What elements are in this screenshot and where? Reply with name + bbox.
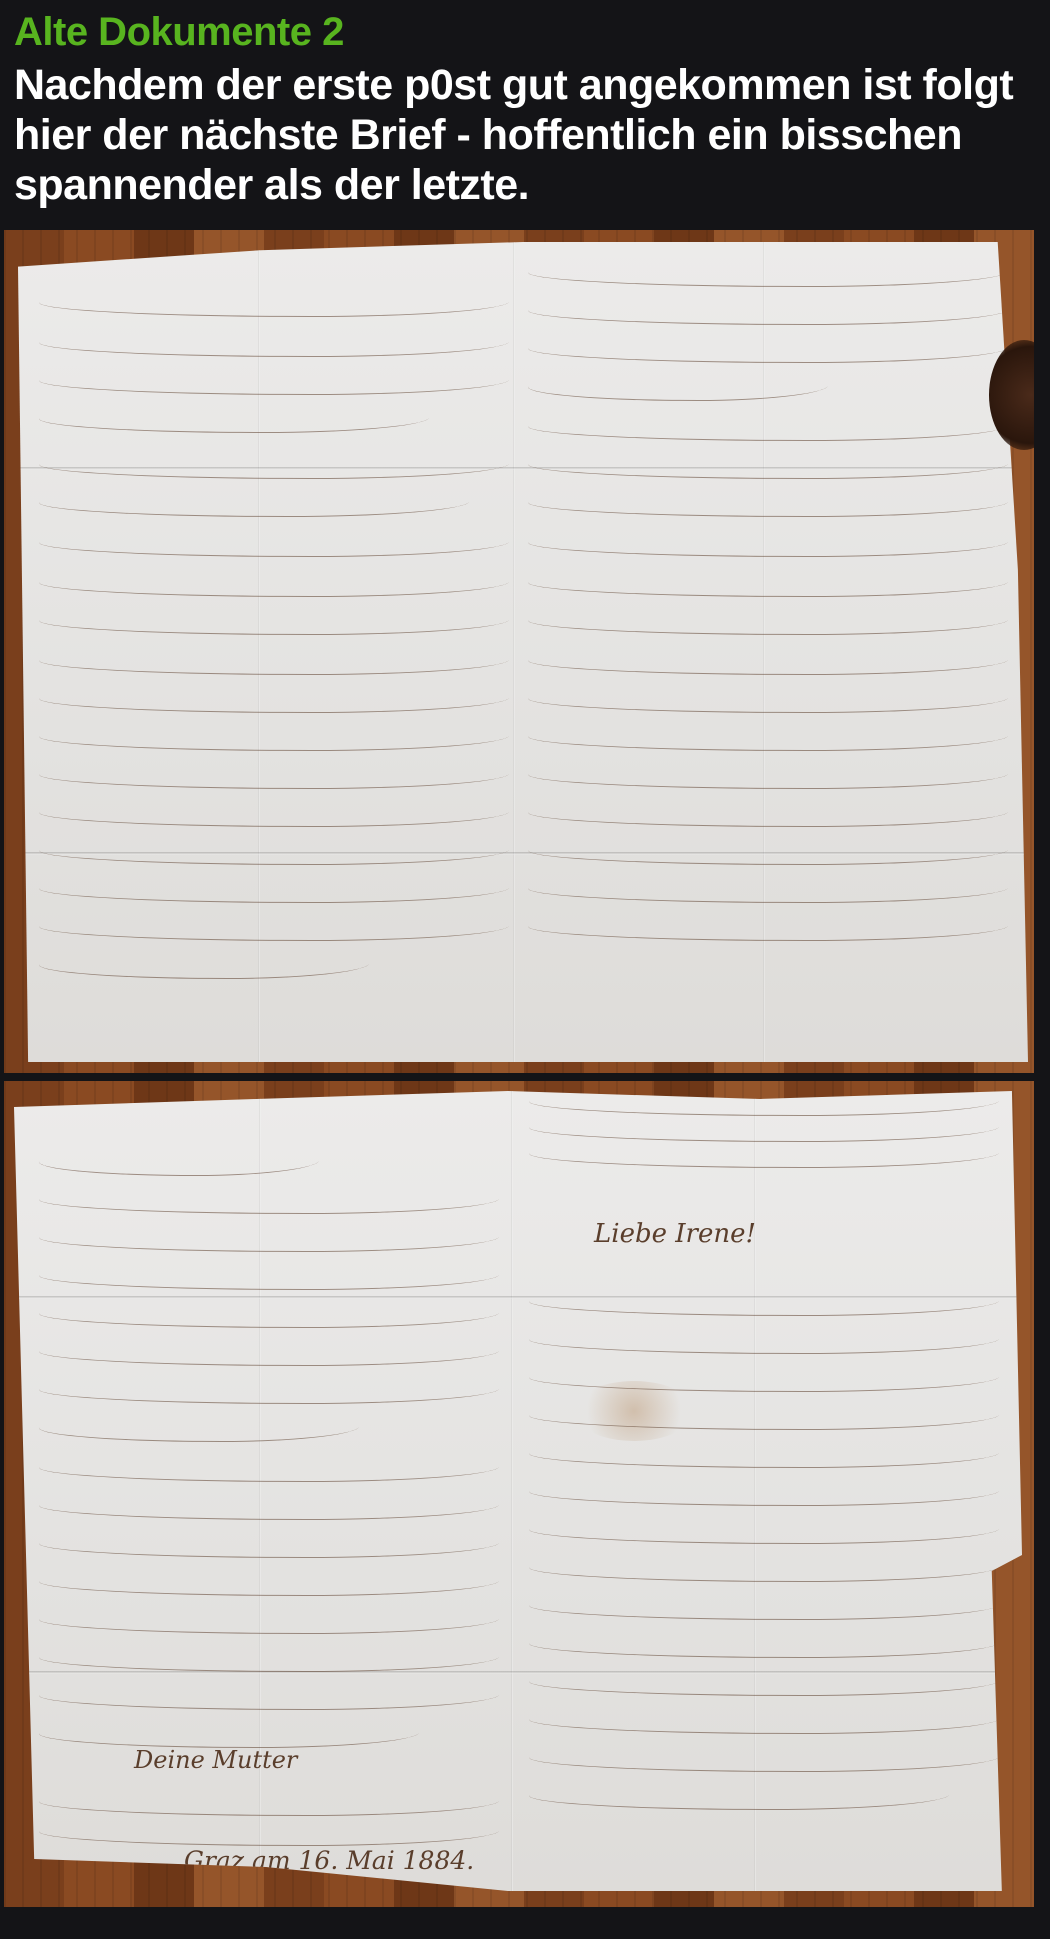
fold-line xyxy=(14,1671,1022,1674)
post-header: Alte Dokumente 2 Nachdem der erste p0st … xyxy=(0,0,1050,225)
fold-line xyxy=(14,1296,1022,1299)
letter-date: Graz am 16. Mai 1884. xyxy=(184,1846,474,1875)
fold-line xyxy=(511,1091,513,1891)
post-title: Alte Dokumente 2 xyxy=(14,10,344,54)
closing-signature: Deine Mutter xyxy=(134,1746,297,1774)
letter-sheet: Deine Mutter Graz am 16. Mai 1884. Liebe… xyxy=(14,1091,1022,1891)
letter-photo-1 xyxy=(4,230,1034,1073)
post-subtitle: Nachdem der erste p0st gut angekommen is… xyxy=(14,60,1044,210)
letter-photo-2: Deine Mutter Graz am 16. Mai 1884. Liebe… xyxy=(4,1081,1034,1907)
letter-greeting: Liebe Irene! xyxy=(594,1219,756,1249)
fold-line xyxy=(513,242,515,1062)
letter-sheet xyxy=(18,242,1028,1062)
